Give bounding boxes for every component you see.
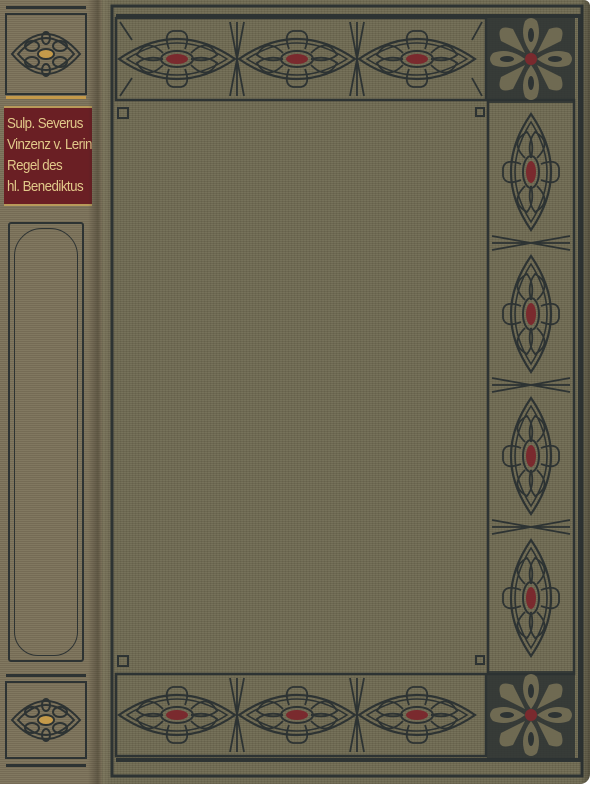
spine-title-line-4: hl. Benediktus (7, 177, 82, 198)
spine-panel-frame (8, 222, 84, 662)
book-cover: Sulp. Severus Vinzenz v. Lerin Regel des… (0, 0, 590, 784)
spine-title-label: Sulp. Severus Vinzenz v. Lerin Regel des… (4, 106, 92, 206)
spine-title-line-1: Sulp. Severus (7, 114, 82, 135)
spine-top-ornament-icon (4, 0, 88, 100)
cover-edge-shadow (580, 0, 590, 784)
spine-title-line-2: Vinzenz v. Lerin (7, 135, 82, 156)
spine: Sulp. Severus Vinzenz v. Lerin Regel des… (0, 0, 102, 784)
spine-title-line-3: Regel des (7, 156, 82, 177)
cover-border-ornament-icon (102, 0, 590, 784)
front-cover (102, 0, 590, 784)
spine-bottom-ornament-icon (4, 672, 88, 772)
